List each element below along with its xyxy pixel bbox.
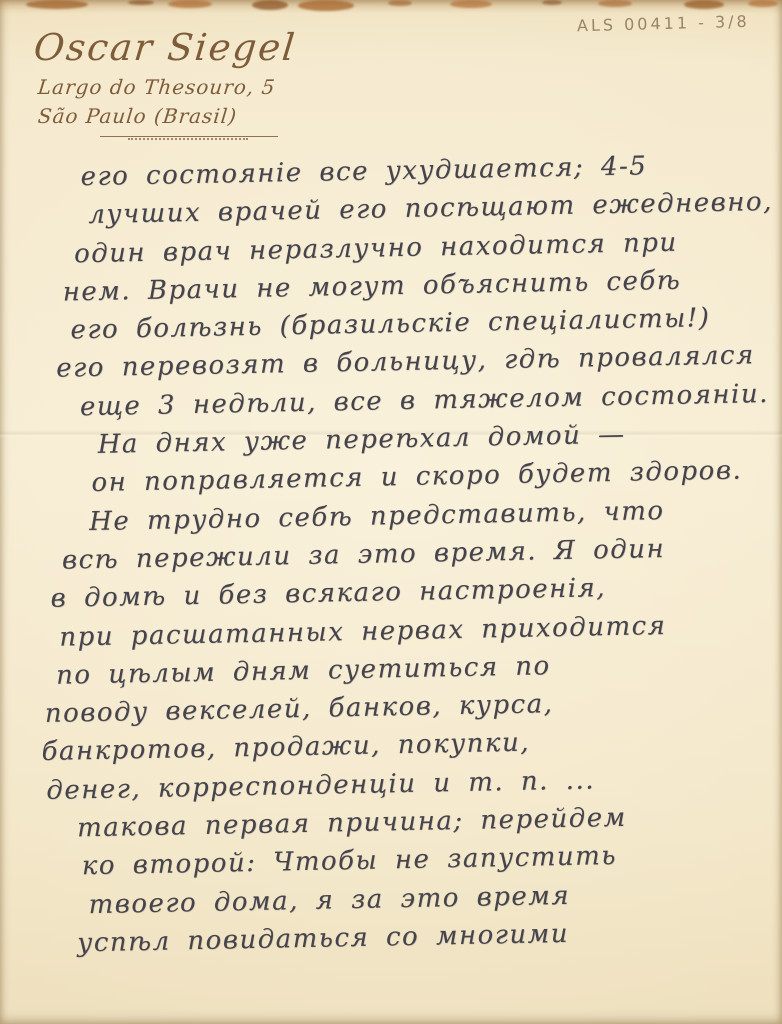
archive-annotation: ALS 00411 - 3/8: [577, 12, 750, 36]
paper-stain: [450, 0, 492, 8]
paper-stain: [26, 0, 88, 9]
letter-page: ALS 00411 - 3/8 Oscar Siegel Largo do Th…: [0, 0, 782, 1024]
letterhead-flourish: [100, 136, 278, 142]
paper-stain: [298, 0, 354, 11]
paper-stain: [168, 0, 212, 8]
paper-stain: [252, 0, 288, 10]
letterhead-name: Oscar Siegel: [32, 28, 298, 69]
letterhead: Oscar Siegel Largo do Thesouro, 5 São Pa…: [34, 28, 296, 142]
letterhead-address-line2: São Paulo (Brasil): [37, 105, 297, 127]
paper-stain: [542, 0, 562, 5]
paper-stain: [598, 0, 632, 7]
paper-stain: [388, 0, 412, 6]
paper-stain: [684, 0, 724, 9]
paper-stain: [128, 0, 154, 5]
paper-stain: [748, 0, 778, 7]
letter-body: его состояніе все ухудшается; 4-5 лучших…: [0, 149, 782, 968]
letterhead-address-line1: Largo do Thesouro, 5: [37, 76, 297, 98]
